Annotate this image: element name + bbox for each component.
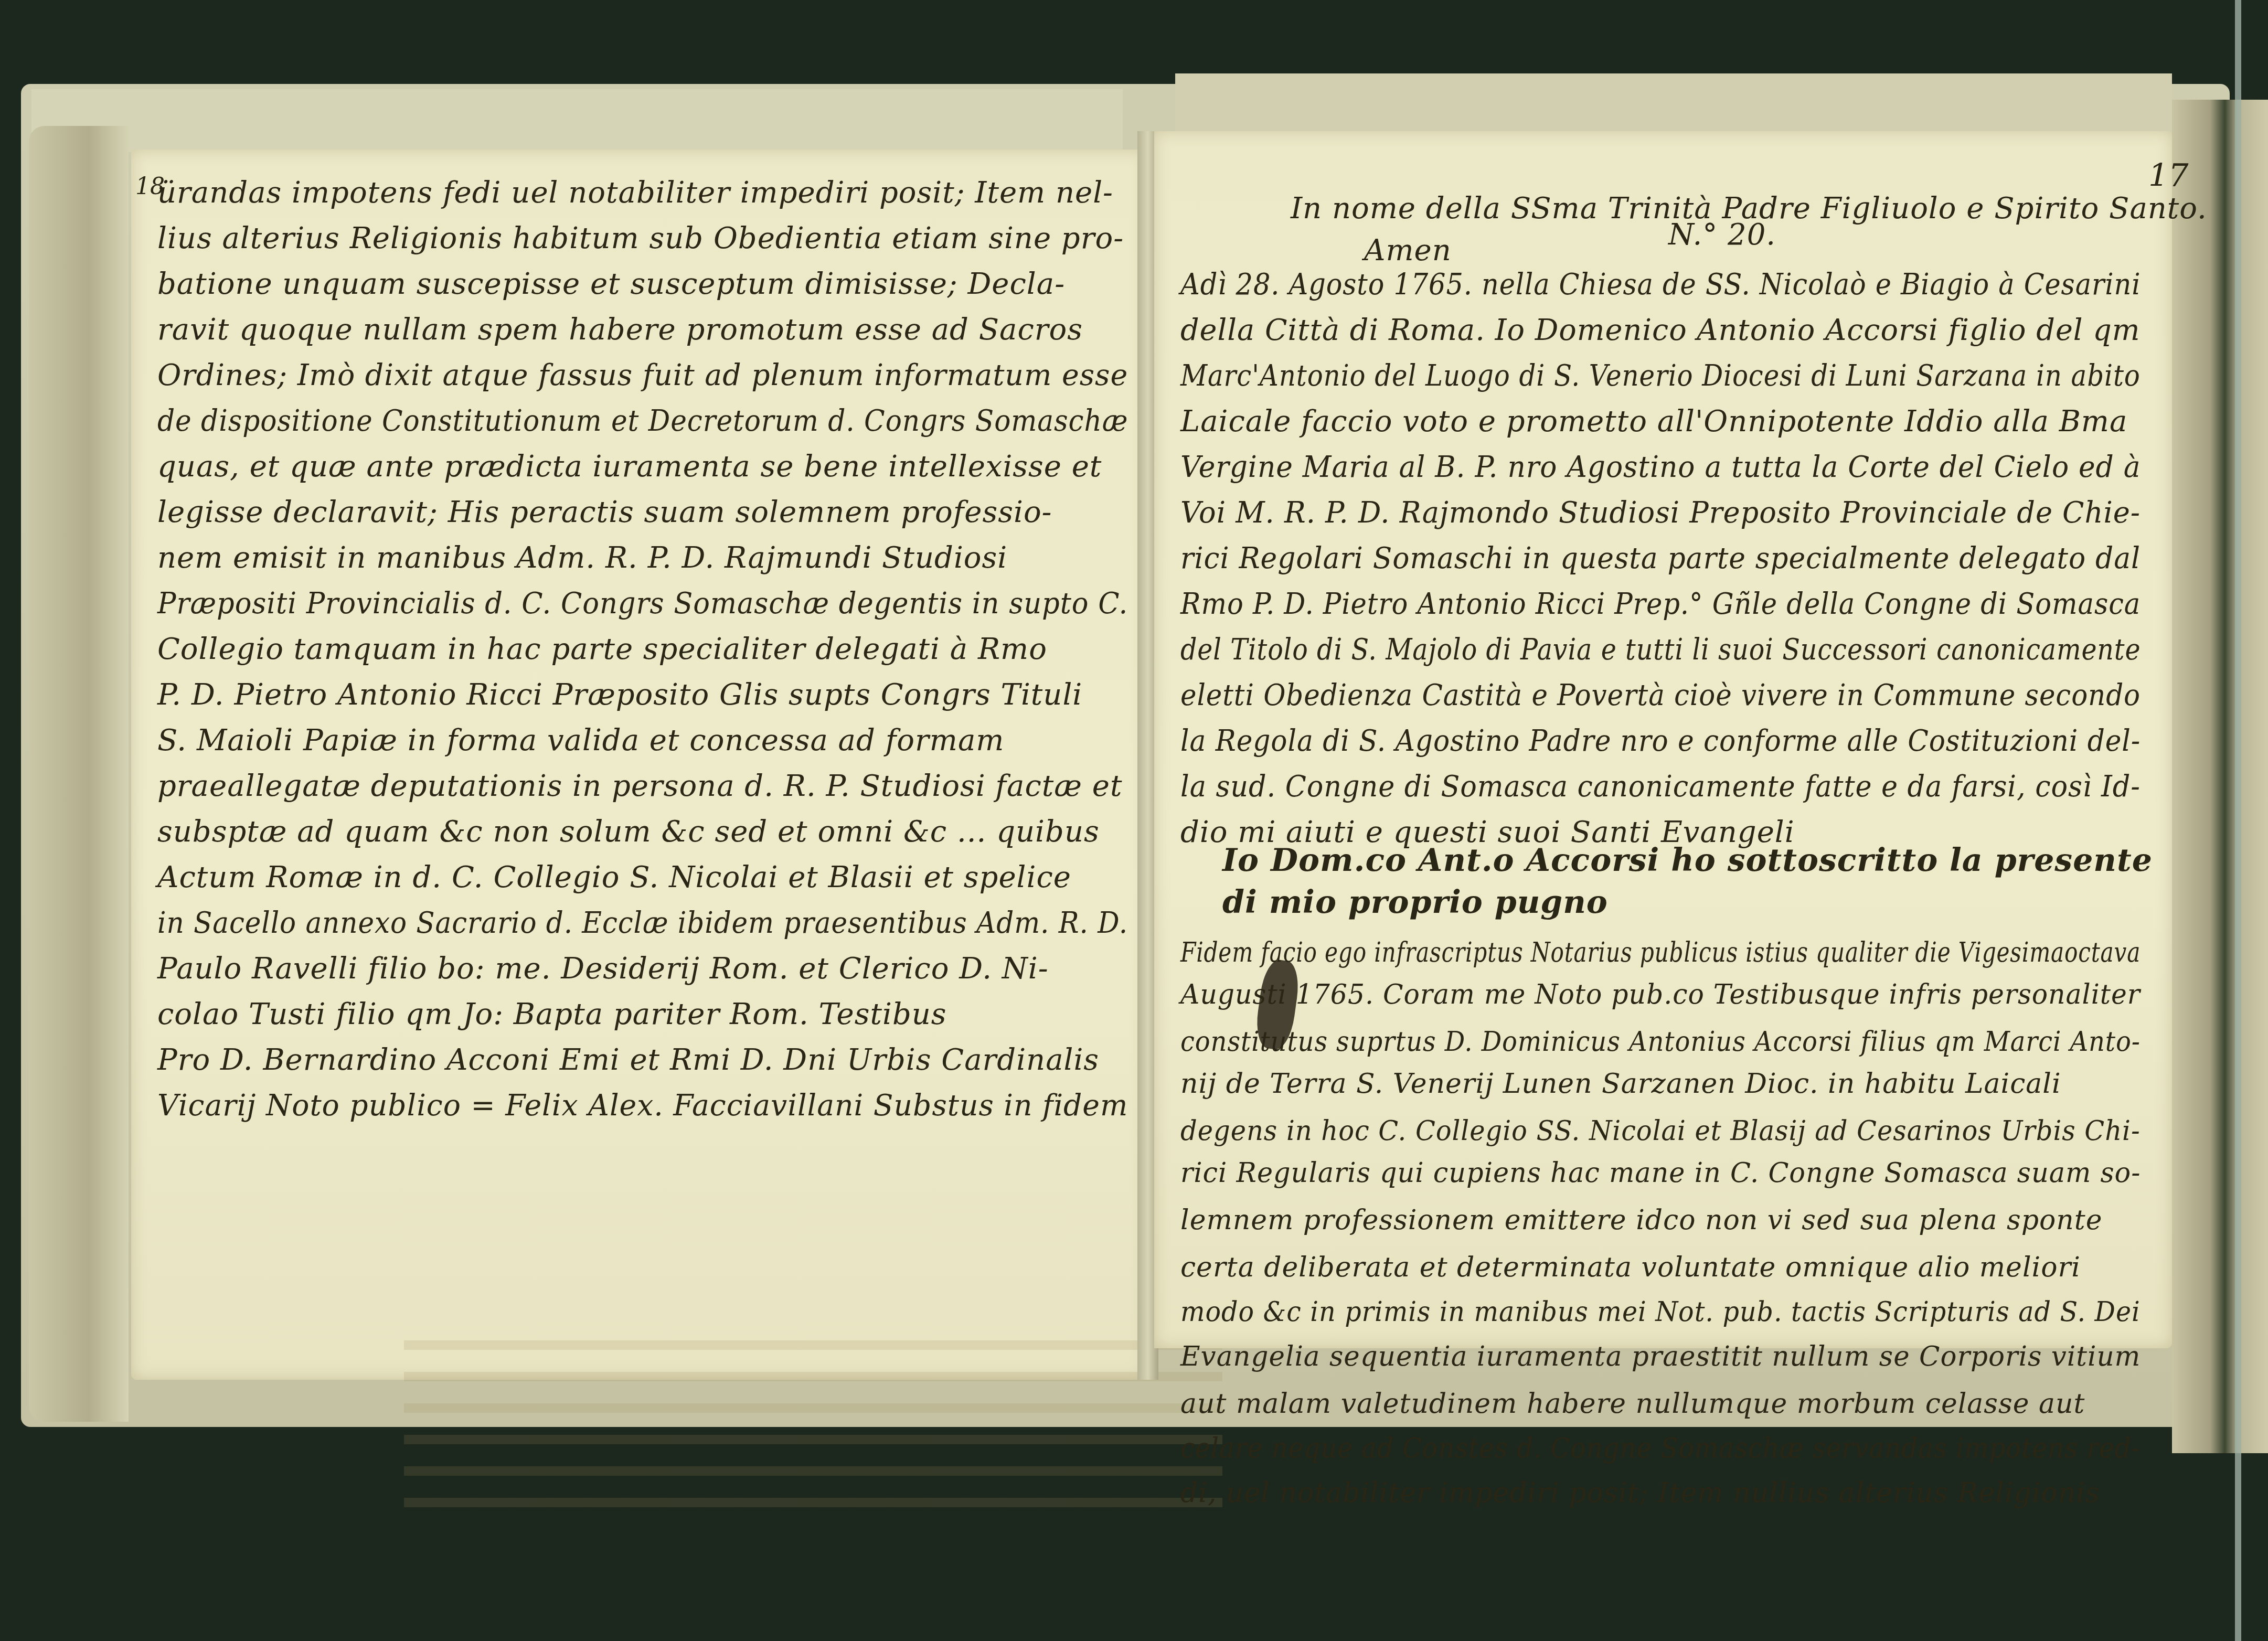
manuscript-line: la Regola di S. Agostino Padre nro e con… — [1180, 727, 2141, 756]
manuscript-line: rici Regolari Somaschi in questa parte s… — [1180, 544, 2141, 573]
manuscript-line: praeallegatæ deputationis in persona d. … — [157, 772, 1122, 801]
manuscript-line: Rmo P. D. Pietro Antonio Ricci Prep.° Gñ… — [1180, 590, 2141, 619]
manuscript-line: di, uel notabiliter impediri posit; Item… — [1180, 1479, 2100, 1507]
manuscript-line: Adì 28. Agosto 1765. nella Chiesa de SS.… — [1180, 270, 2141, 300]
manuscript-line: nij de Terra S. Venerij Lunen Sarzanen D… — [1180, 1070, 2061, 1097]
cover-top-right — [1175, 73, 2172, 136]
manuscript-line: Marc'Antonio del Luogo di S. Venerio Dio… — [1180, 361, 2141, 391]
manuscript-line: rici Regularis qui cupiens hac mane in C… — [1180, 1159, 2141, 1187]
manuscript-line: ürandas impotens fedi uel notabiliter im… — [157, 178, 1113, 208]
manuscript-line: eletti Obedienza Castità e Povertà cioè … — [1180, 681, 2141, 710]
manuscript-line: subsptæ ad quam &c non solum &c sed et o… — [157, 817, 1100, 847]
manuscript-line: S. Maioli Papiæ in forma valida et conce… — [157, 726, 1004, 755]
manuscript-line: Actum Romæ in d. C. Collegio S. Nicolai … — [157, 863, 1071, 892]
manuscript-line: P. D. Pietro Antonio Ricci Præposito Gli… — [157, 680, 1082, 710]
entry-number: N.° 20. — [1668, 220, 1776, 250]
manuscript-line: legisse declaravit; His peractis suam so… — [157, 498, 1052, 527]
right-folio-number: 17 — [2148, 157, 2188, 194]
manuscript-line: celare neque ad Constes d. Congne Somasc… — [1180, 1435, 2141, 1462]
manuscript-line: degens in hoc C. Collegio SS. Nicolai et… — [1180, 1117, 2141, 1145]
glass-edge — [2235, 0, 2241, 1641]
manuscript-line: lius alterius Religionis habitum sub Obe… — [157, 224, 1124, 253]
manuscript-line: Fidem facio ego infrascriptus Notarius p… — [1180, 939, 2141, 966]
cover-top-left — [31, 89, 1123, 152]
manuscript-line: aut malam valetudinem habere nullumque m… — [1180, 1390, 2085, 1418]
manuscript-line: Voi M. R. P. D. Rajmondo Studiosi Prepos… — [1180, 498, 2141, 528]
manuscript-line: colao Tusti filio qm Jo: Bapta pariter R… — [157, 1000, 947, 1029]
signature-line: Io Dom.co Ant.o Accorsi ho sottoscritto … — [1222, 845, 2153, 876]
heading-amen: Amen — [1364, 236, 1452, 265]
manuscript-line: ravit quoque nullam spem habere promotum… — [157, 315, 1083, 345]
manuscript-line: Ordines; Imò dixit atque fassus fuit ad … — [157, 361, 1128, 390]
manuscript-line: Vergine Maria al B. P. nro Agostino a tu… — [1180, 453, 2141, 482]
manuscript-line: Paulo Ravelli filio bo: me. Desiderij Ro… — [157, 954, 1049, 984]
manuscript-line: in Sacello annexo Sacrario d. Ecclæ ibid… — [157, 909, 1128, 938]
right-page-edges — [2172, 100, 2268, 1453]
manuscript-line: Præpositi Provincialis d. C. Congrs Soma… — [157, 589, 1128, 619]
left-cover-fold — [29, 126, 129, 1422]
manuscript-line: certa deliberata et determinata voluntat… — [1180, 1254, 2081, 1281]
manuscript-line: Collegio tamquam in hac parte specialite… — [157, 635, 1047, 664]
manuscript-line: della Città di Roma. Io Domenico Antonio… — [1180, 316, 2141, 345]
manuscript-line: del Titolo di S. Majolo di Pavia e tutti… — [1180, 635, 2141, 665]
manuscript-line: batione unquam suscepisse et susceptum d… — [157, 270, 1065, 299]
manuscript-line: lemnem professionem emittere idco non vi… — [1180, 1207, 2103, 1234]
signature-line: di mio proprio pugno — [1222, 887, 1608, 918]
manuscript-line: Evangelia sequentia iuramenta praestitit… — [1180, 1343, 2141, 1370]
manuscript-line: nem emisit in manibus Adm. R. P. D. Rajm… — [157, 544, 1007, 573]
manuscript-line: Augusti 1765. Coram me Noto pub.co Testi… — [1180, 981, 2141, 1008]
manuscript-line: modo &c in primis in manibus mei Not. pu… — [1180, 1298, 2141, 1326]
manuscript-line: de dispositione Constitutionum et Decret… — [157, 407, 1128, 436]
manuscript-line: Pro D. Bernardino Acconi Emi et Rmi D. D… — [157, 1046, 1099, 1075]
manuscript-line: Laicale faccio voto e prometto all'Onnip… — [1180, 407, 2127, 436]
ink-bleed-through — [404, 1340, 1222, 1514]
manuscript-line: Vicarij Noto publico = Felix Alex. Facci… — [157, 1091, 1128, 1121]
manuscript-line: la sud. Congne di Somasca canonicamente … — [1180, 772, 2141, 802]
manuscript-line: quas, et quæ ante prædicta iuramenta se … — [157, 452, 1102, 482]
manuscript-line: constitutus suprtus D. Dominicus Antoniu… — [1180, 1028, 2141, 1056]
